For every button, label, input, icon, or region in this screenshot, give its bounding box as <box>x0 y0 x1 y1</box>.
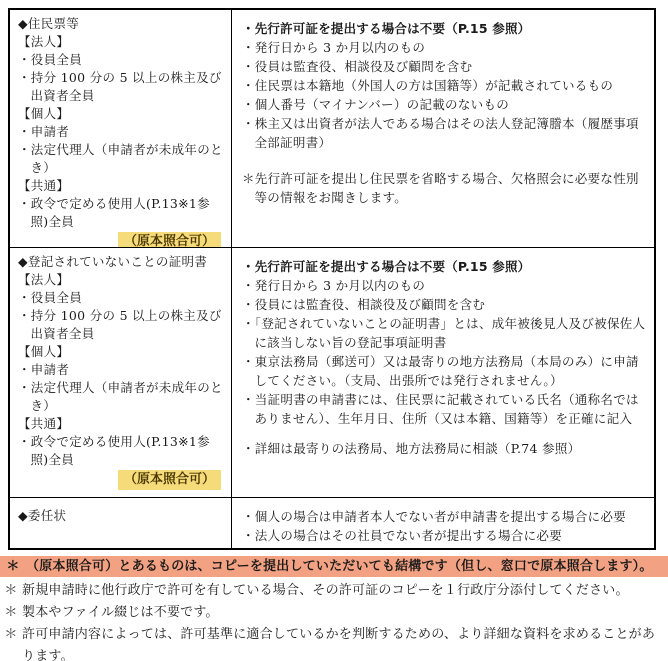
footnote-other-agency: ＊ 新規申請時に他行政庁で許可を有している場合、その許可証のコピーを１行政庁分添… <box>0 580 668 602</box>
asterisk-marker: ＊ <box>0 602 22 624</box>
footnote-additional-materials: ＊ 許可申請内容によっては、許可基準に適合しているかを判断するための、より詳細な… <box>0 624 668 661</box>
doc-line: 【個人】 <box>18 105 225 123</box>
original-verification-stamp: （原本照合可） <box>118 232 221 248</box>
detail-line: ・詳細は最寄りの法務局、地方法務局に相談（P.74 参照） <box>242 439 646 458</box>
cell-touki-doc: ◆登記されていないことの証明書 【法人】 ・役員全員 ・持分 100 分の 5 … <box>10 248 232 498</box>
detail-line: ・発行日から 3 か月以内のもの <box>242 276 646 295</box>
doc-line: ・政令で定める使用人(P.13※1参照)全員 <box>18 433 225 469</box>
detail-line: ・発行日から 3 か月以内のもの <box>242 38 646 57</box>
doc-title-touki: ◆登記されていないことの証明書 <box>18 253 225 271</box>
cell-ininjou-detail: ・個人の場合は申請者本人でない者が申請書を提出する場合に必要 ・法人の場合はその… <box>232 498 654 548</box>
cell-juminhyo-doc: ◆住民票等 【法人】 ・役員全員 ・持分 100 分の 5 以上の株主及び出資者… <box>10 10 232 248</box>
cell-touki-detail: ・先行許可証を提出する場合は不要（P.15 参照） ・発行日から 3 か月以内の… <box>232 248 654 498</box>
detail-line: ・東京法務局（郵送可）又は最寄りの地方法務局（本局のみ）に申請してください。（支… <box>242 352 646 390</box>
doc-line: ・申請者 <box>18 123 225 141</box>
doc-line: 【共通】 <box>18 177 225 195</box>
cell-ininjou-doc: ◆委任状 <box>10 498 232 548</box>
detail-note: ＊先行許可証を提出し住民票を省略する場合、欠格照会に必要な性別等の情報をお聞きし… <box>242 169 646 207</box>
doc-line: ・法定代理人（申請者が未成年のとき） <box>18 379 225 415</box>
footnote-original-verification: ＊ （原本照合可）とあるものは、コピーを提出していただいても結構です（但し、窓口… <box>0 556 668 577</box>
footnotes-section: ＊ （原本照合可）とあるものは、コピーを提出していただいても結構です（但し、窓口… <box>0 556 668 661</box>
detail-line: ・株主又は出資者が法人である場合はその法人登記簿謄本（履歴事項全部証明書） <box>242 114 646 152</box>
required-documents-table: ◆住民票等 【法人】 ・役員全員 ・持分 100 分の 5 以上の株主及び出資者… <box>8 8 656 550</box>
doc-title-ininjou: ◆委任状 <box>18 507 225 525</box>
detail-line: ・住民票は本籍地（外国人の方は国籍等）が記載されているもの <box>242 76 646 95</box>
detail-line: ・「登記されていないことの証明書」とは、成年被後見人及び被保佐人に該当しない旨の… <box>242 314 646 352</box>
doc-line: 【法人】 <box>18 271 225 289</box>
asterisk-marker: ＊ <box>0 556 26 577</box>
doc-title-juminhyo: ◆住民票等 <box>18 15 225 33</box>
doc-line: ・役員全員 <box>18 51 225 69</box>
detail-header: ・先行許可証を提出する場合は不要（P.15 参照） <box>242 257 646 276</box>
doc-line: ・持分 100 分の 5 以上の株主及び出資者全員 <box>18 307 225 343</box>
detail-line: ・当証明書の申請書には、住民票に記載されている氏名（通称名ではありません）、生年… <box>242 390 646 428</box>
detail-line: ・法人の場合はその社員でない者が提出する場合に必要 <box>242 526 646 545</box>
doc-line: ・法定代理人（申請者が未成年のとき） <box>18 141 225 177</box>
footnote-text: 新規申請時に他行政庁で許可を有している場合、その許可証のコピーを１行政庁分添付し… <box>22 580 668 602</box>
footnote-text: （原本照合可）とあるものは、コピーを提出していただいても結構です（但し、窓口で原… <box>26 556 668 577</box>
document-page: ◆住民票等 【法人】 ・役員全員 ・持分 100 分の 5 以上の株主及び出資者… <box>0 0 668 661</box>
doc-line: 【共通】 <box>18 415 225 433</box>
doc-line: ・申請者 <box>18 361 225 379</box>
doc-line: ・政令で定める使用人(P.13※1参照)全員 <box>18 195 225 231</box>
doc-line: ・持分 100 分の 5 以上の株主及び出資者全員 <box>18 69 225 105</box>
doc-line: 【個人】 <box>18 343 225 361</box>
detail-line: ・役員には監査役、相談役及び顧問を含む <box>242 295 646 314</box>
asterisk-marker: ＊ <box>0 580 22 602</box>
detail-line: ・役員は監査役、相談役及び顧問を含む <box>242 57 646 76</box>
original-verification-stamp: （原本照合可） <box>118 470 221 490</box>
detail-line: ・個人の場合は申請者本人でない者が申請書を提出する場合に必要 <box>242 507 646 526</box>
footnote-text: 許可申請内容によっては、許可基準に適合しているかを判断するための、より詳細な資料… <box>22 624 668 661</box>
asterisk-marker: ＊ <box>0 624 22 661</box>
doc-line: ・役員全員 <box>18 289 225 307</box>
cell-juminhyo-detail: ・先行許可証を提出する場合は不要（P.15 参照） ・発行日から 3 か月以内の… <box>232 10 654 248</box>
detail-line: ・個人番号（マイナンバー）の記載のないもの <box>242 95 646 114</box>
footnote-text: 製本やファイル綴じは不要です。 <box>22 602 668 624</box>
doc-line: 【法人】 <box>18 33 225 51</box>
detail-header: ・先行許可証を提出する場合は不要（P.15 参照） <box>242 19 646 38</box>
footnote-binding: ＊ 製本やファイル綴じは不要です。 <box>0 602 668 624</box>
